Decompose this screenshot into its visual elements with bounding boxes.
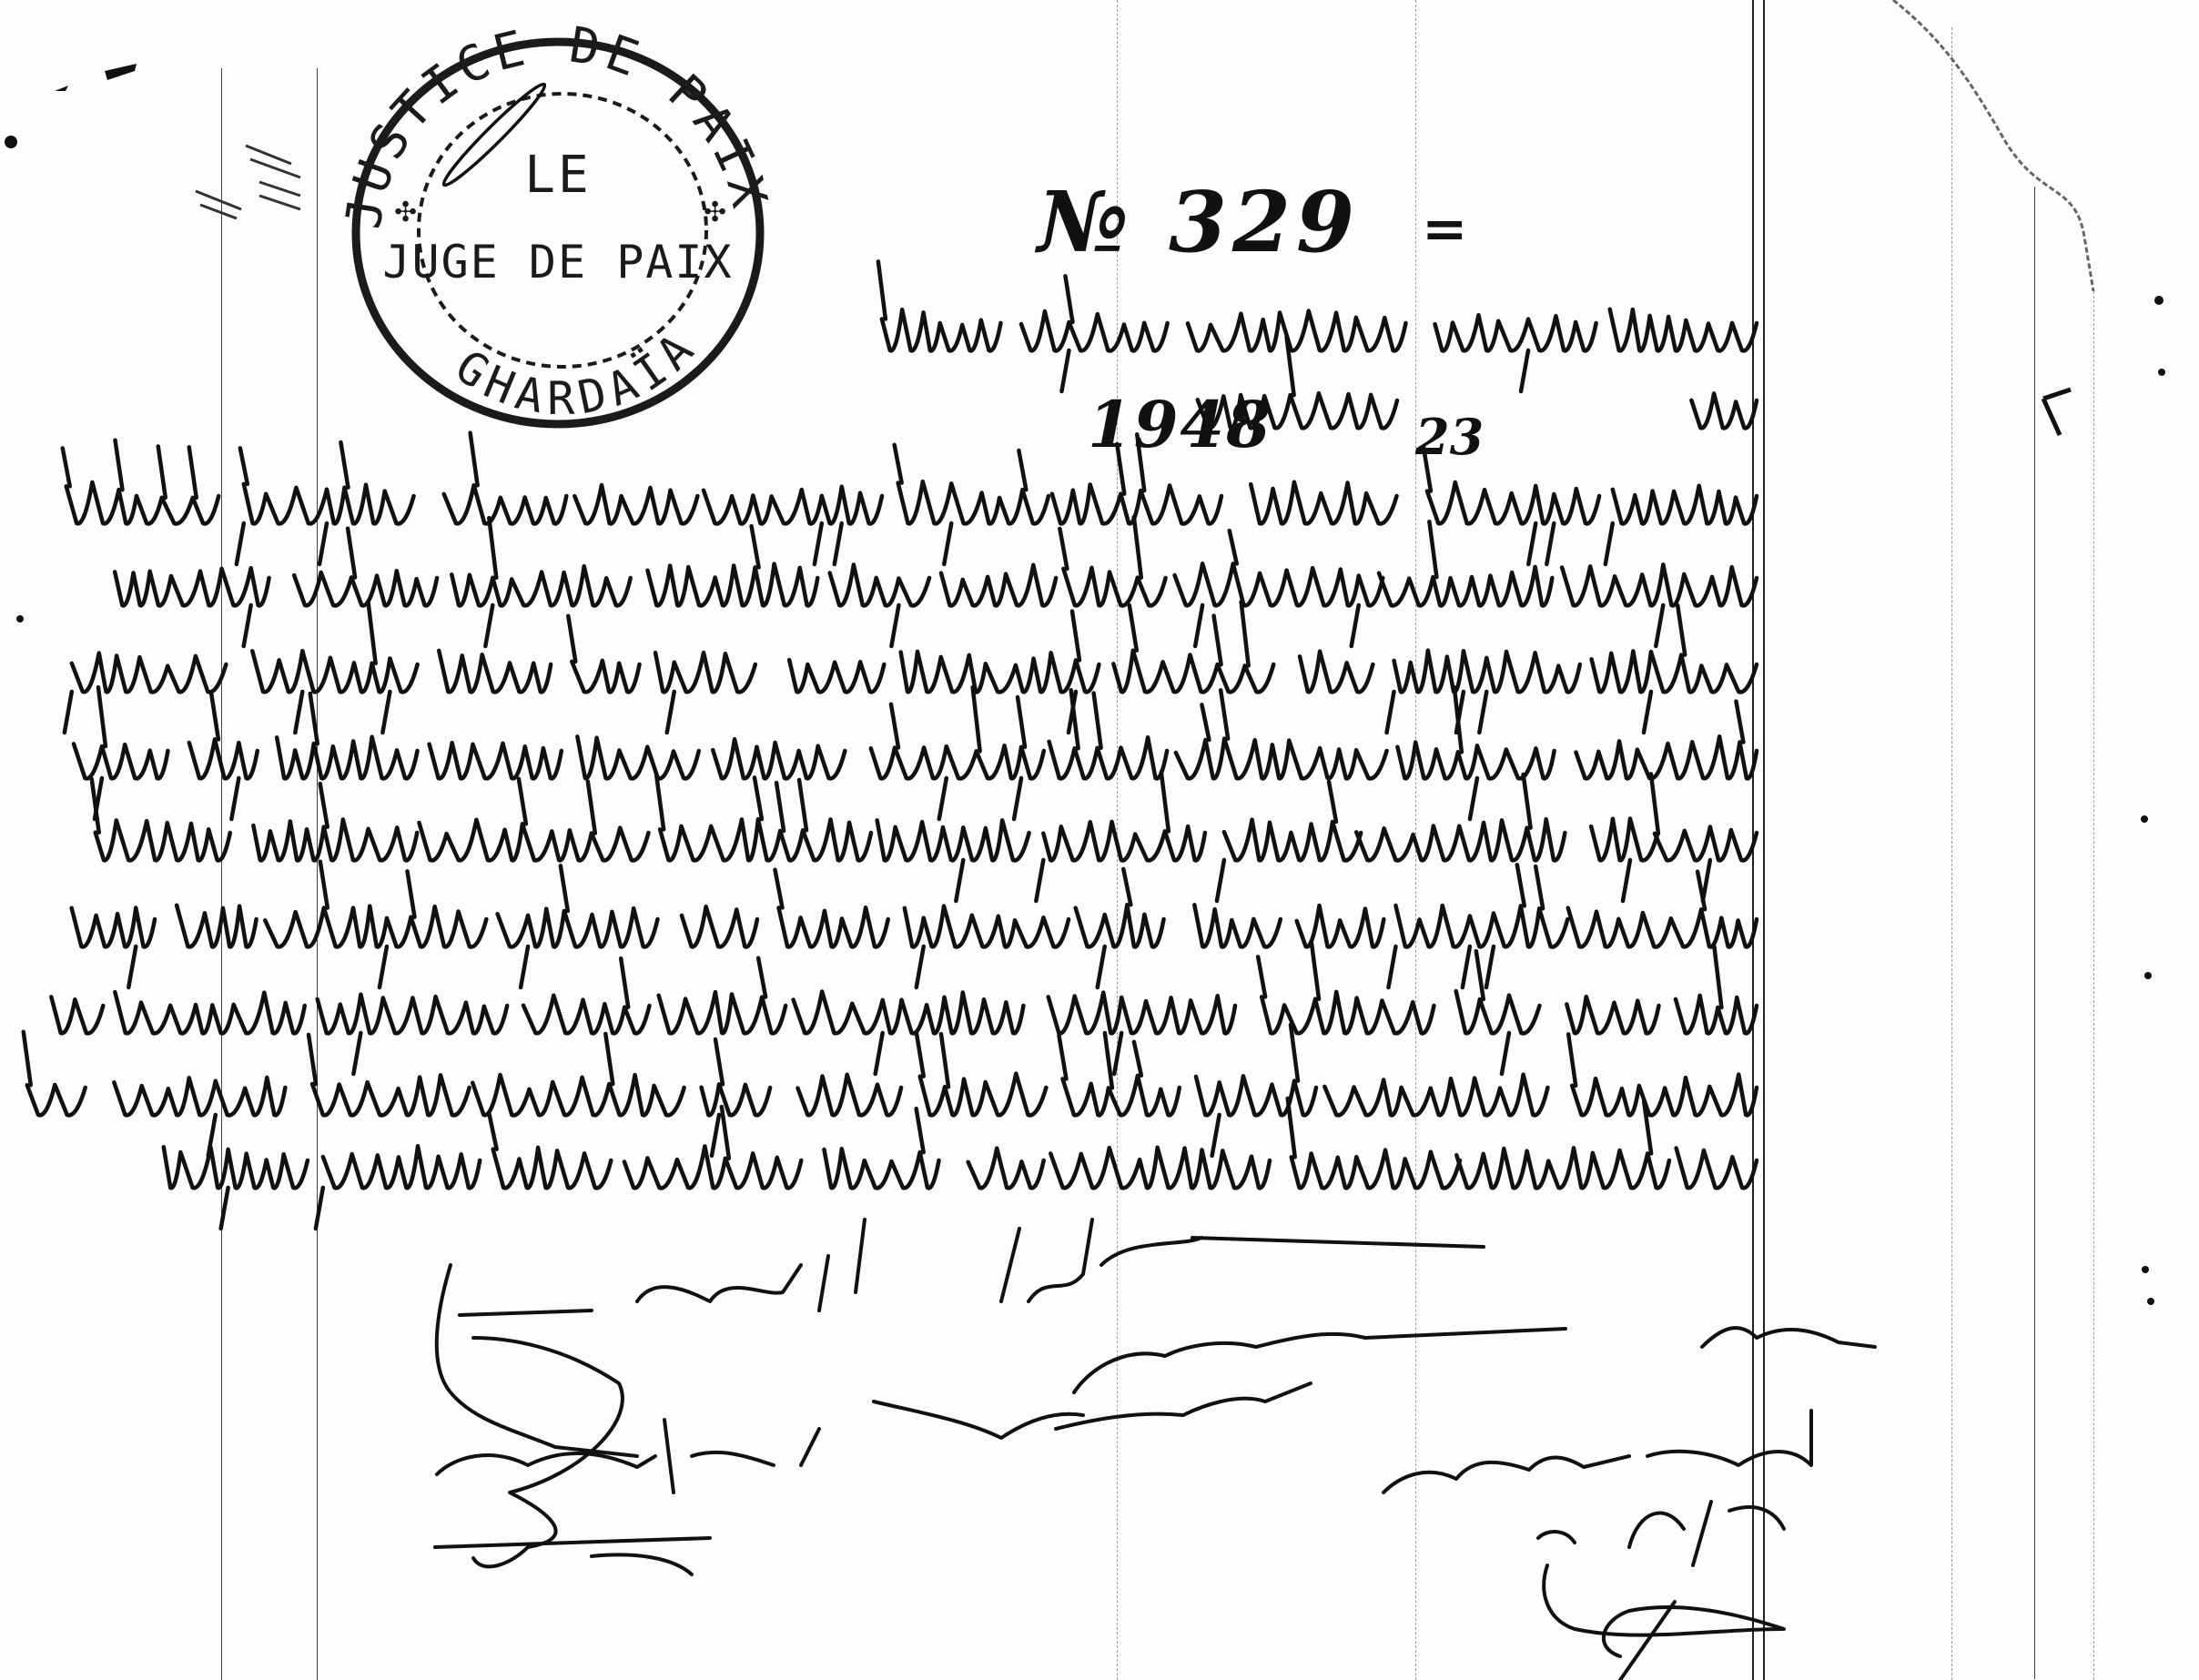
signature-stroke	[1544, 1565, 1784, 1680]
handwritten-word	[1397, 687, 1554, 819]
handwritten-word	[824, 1108, 938, 1188]
signature-stroke	[1056, 1383, 1311, 1429]
handwritten-word	[164, 1147, 308, 1229]
handwritten-word	[1021, 276, 1168, 391]
handwritten-word	[490, 1115, 612, 1189]
handwritten-word	[917, 1032, 1047, 1115]
number-prefix: №	[1038, 173, 1134, 271]
handwritten-word	[472, 1034, 684, 1115]
handwritten-word	[830, 564, 929, 646]
handwritten-word	[794, 991, 1024, 1074]
date-year: 1948	[1088, 387, 1272, 462]
signature-stroke	[1383, 1411, 1811, 1493]
handwritten-word	[655, 653, 755, 733]
handwritten-word	[63, 440, 218, 524]
handwritten-word	[789, 660, 884, 692]
handwritten-word	[294, 529, 437, 606]
handwritten-word	[568, 616, 639, 693]
handwritten-word	[1379, 521, 1552, 605]
handwritten-word	[189, 693, 258, 819]
handwritten-word	[1651, 774, 1757, 901]
handwritten-word	[1059, 517, 1165, 605]
handwritten-word	[1196, 1025, 1316, 1156]
handwritten-word	[895, 445, 1049, 564]
handwritten-word	[1050, 1148, 1270, 1189]
number-value: 329	[1169, 173, 1360, 271]
handwritten-word	[318, 995, 507, 1074]
signature-stroke	[437, 1265, 637, 1566]
handwritten-word	[871, 687, 1044, 819]
document-number: № 329 =	[1038, 173, 1473, 271]
handwritten-word	[253, 784, 417, 860]
handwritten-word	[1258, 944, 1434, 1034]
handwritten-word	[523, 958, 649, 1033]
handwritten-word	[1387, 651, 1580, 733]
handwritten-word	[1076, 869, 1164, 987]
handwritten-word	[1176, 690, 1387, 778]
margin-hatching	[196, 146, 300, 218]
handwritten-word	[941, 565, 1056, 606]
page-edge	[1893, 0, 2093, 291]
handwritten-word	[65, 653, 227, 733]
handwritten-word	[797, 1075, 901, 1116]
handwritten-word	[682, 906, 757, 946]
scanned-document-page: JUSTICE DE PAIX GHARDAÏA ✣ ✣ LE JUGE DE …	[0, 0, 2199, 1680]
handwritten-word	[430, 743, 562, 778]
handwritten-word	[656, 774, 871, 860]
handwritten-word	[1217, 782, 1361, 901]
handwritten-word	[1188, 311, 1405, 351]
handwritten-word	[647, 526, 817, 605]
handwritten-word	[1049, 690, 1168, 778]
handwritten-word	[498, 865, 658, 987]
handwritten-word	[878, 261, 1001, 350]
handwritten-word	[577, 736, 698, 778]
handwritten-word	[115, 568, 269, 646]
handwritten-word	[439, 651, 551, 692]
handwritten-word	[713, 739, 845, 778]
handwritten-word	[309, 1035, 470, 1115]
handwritten-word	[968, 1149, 1044, 1189]
handwritten-word	[1606, 486, 1757, 564]
handwritten-word	[1049, 993, 1235, 1074]
handwritten-word	[115, 992, 304, 1033]
handwritten-word	[265, 862, 486, 987]
handwritten-word	[574, 485, 697, 523]
handwritten-word	[877, 820, 1029, 901]
handwritten-word	[1676, 946, 1757, 1033]
handwritten-word	[1036, 772, 1205, 901]
handwritten-word	[444, 433, 567, 524]
stamp-center-le: LE	[524, 146, 591, 205]
signature-stroke	[637, 1220, 865, 1311]
handwritten-word	[1576, 702, 1757, 779]
handwritten-word	[177, 906, 256, 947]
signature-stroke	[437, 1402, 1083, 1493]
official-stamp: JUSTICE DE PAIX GHARDAÏA ✣ ✣ LE JUGE DE …	[344, 25, 772, 435]
handwritten-word	[1568, 1034, 1757, 1115]
handwritten-word	[24, 1032, 86, 1116]
signature-stroke	[1538, 1502, 1784, 1565]
handwritten-word	[1610, 309, 1757, 351]
handwritten-word	[905, 906, 1069, 987]
handwritten-word	[252, 602, 417, 733]
handwritten-word	[1592, 605, 1757, 733]
handwritten-word	[1456, 951, 1540, 1074]
handwritten-word	[1300, 652, 1373, 693]
handwritten-word	[1568, 872, 1757, 947]
handwritten-word	[1175, 531, 1383, 646]
handwritten-word	[451, 518, 630, 646]
stamp-center-juge-de-paix: JUGE DE PAIX	[382, 236, 733, 288]
handwritten-word	[1591, 818, 1657, 901]
handwritten-word	[72, 908, 155, 987]
signature-stroke	[1074, 1328, 1875, 1392]
handwritten-word	[702, 1039, 771, 1156]
handwritten-word	[1194, 905, 1281, 946]
handwritten-word	[1566, 997, 1658, 1033]
handwritten-word	[92, 779, 230, 860]
handwritten-word	[419, 779, 648, 861]
handwritten-word	[659, 958, 785, 1034]
signature-stroke	[1001, 1220, 1484, 1301]
handwritten-word	[775, 870, 887, 947]
handwritten-word	[51, 997, 103, 1033]
handwritten-word	[1324, 1075, 1547, 1116]
number-suffix: =	[1422, 197, 1473, 261]
date-day: 23	[1415, 408, 1484, 466]
handwritten-word	[1691, 393, 1757, 428]
handwritten-word	[1562, 564, 1757, 646]
handwritten-word	[1297, 906, 1384, 946]
handwritten-word	[1356, 774, 1565, 860]
handwritten-word	[1677, 1149, 1757, 1189]
handwritten-word	[1251, 482, 1396, 524]
handwritten-word	[237, 442, 414, 564]
handwritten-word	[316, 1146, 480, 1229]
handwritten-word	[74, 687, 167, 819]
handwritten-word	[901, 612, 1099, 733]
handwritten-word	[704, 487, 882, 564]
handwritten-word	[114, 1078, 285, 1156]
handwritten-word	[1435, 315, 1596, 391]
signature-stroke	[435, 1538, 710, 1574]
